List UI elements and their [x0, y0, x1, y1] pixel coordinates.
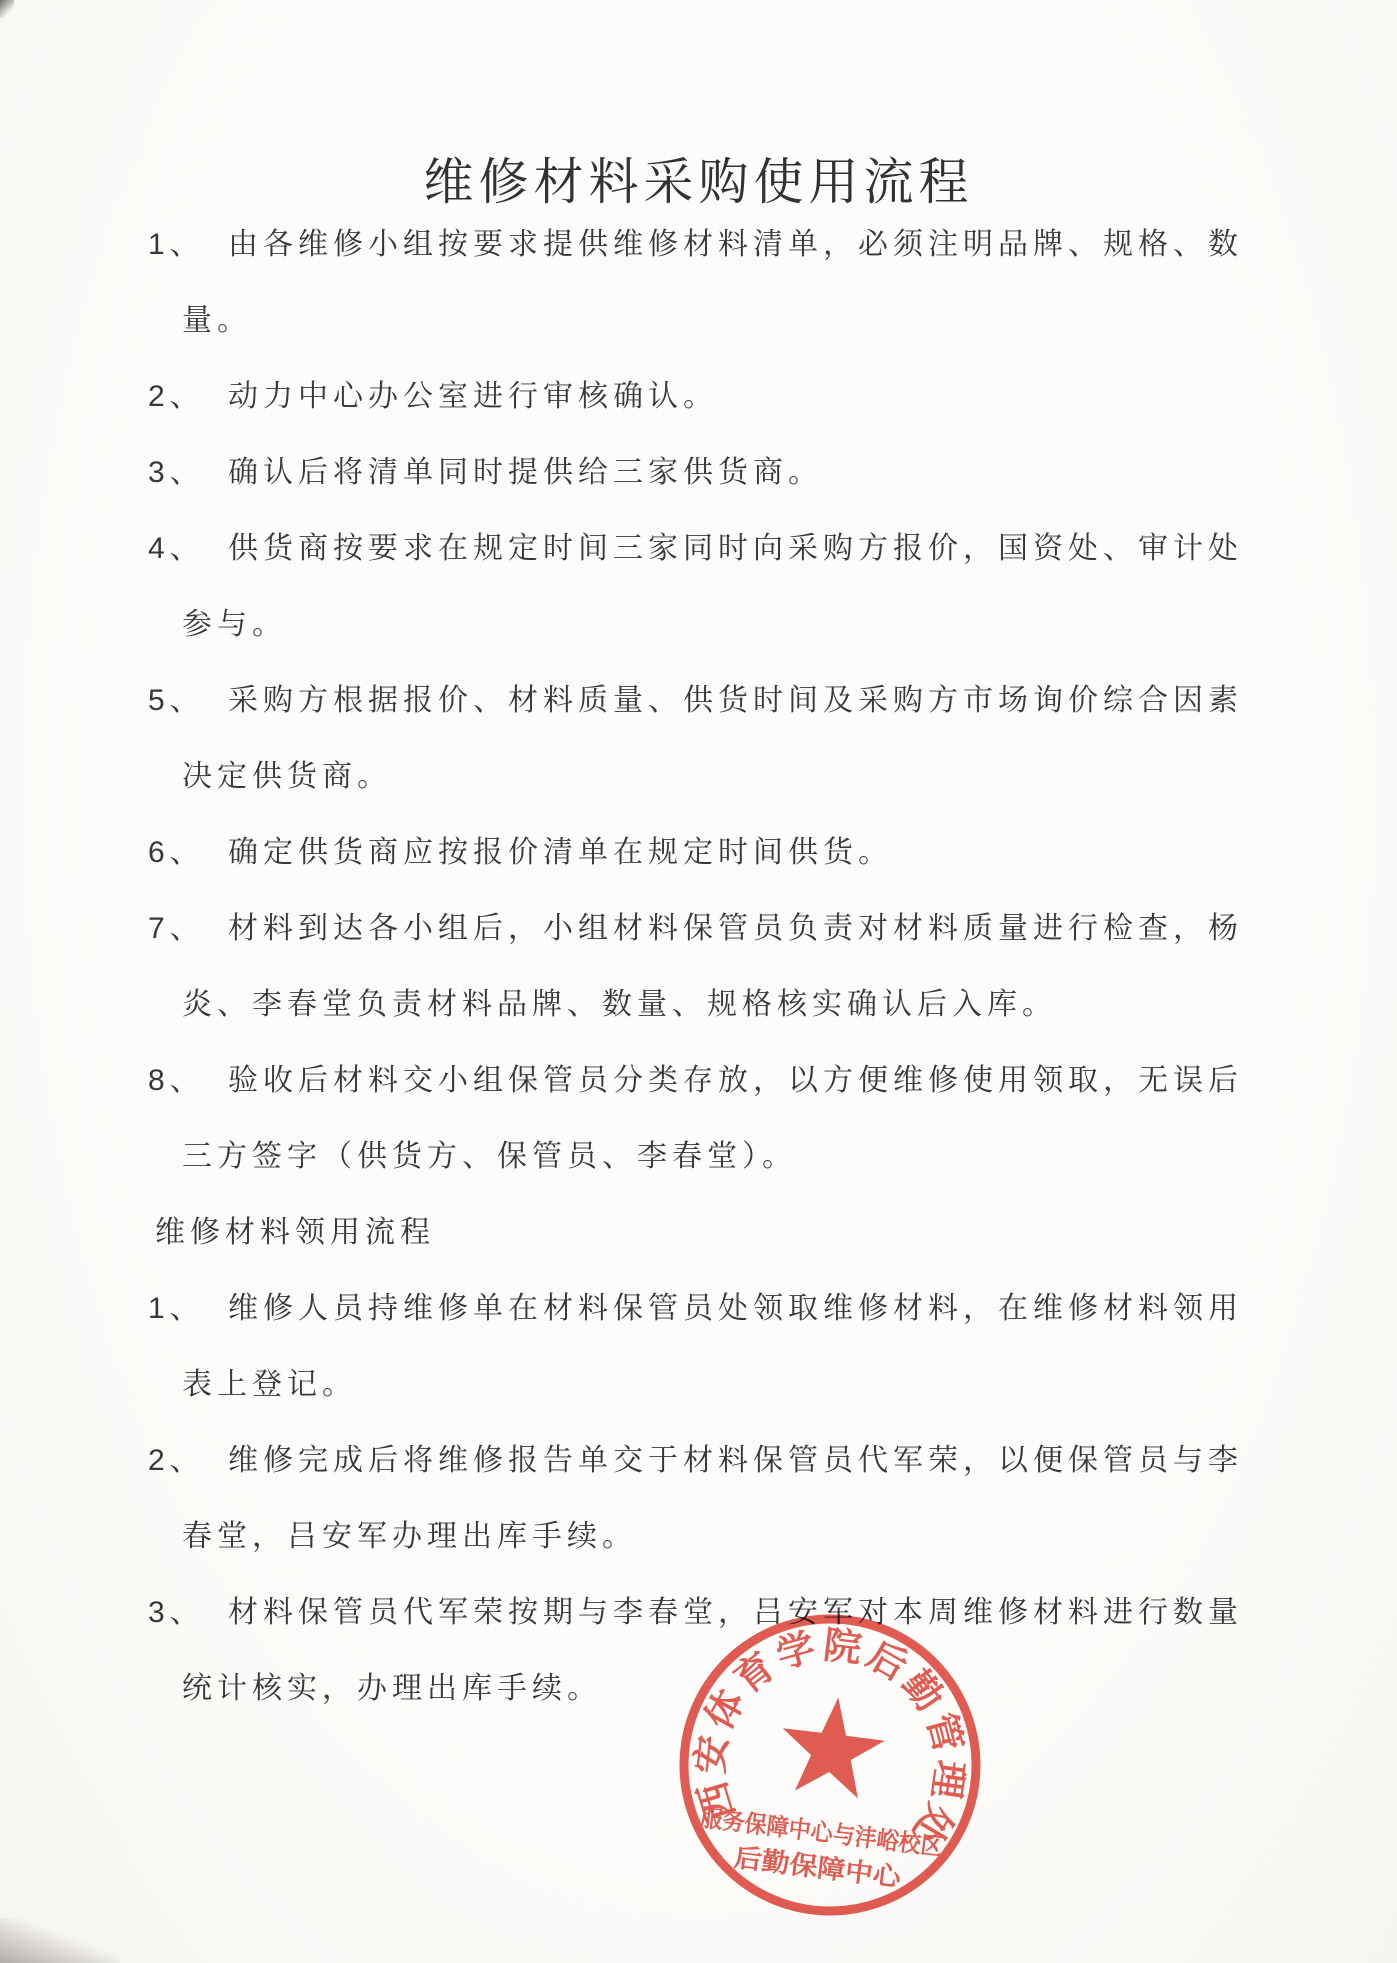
document-body: 1、 由各维修小组按要求提供维修材料清单，必须注明品牌、规格、数量。 2、 动力… [148, 207, 1253, 1727]
list-item: 8、 验收后材料交小组保管员分类存放，以方便维修使用领取，无误后三方签字（供货方… [148, 1043, 1253, 1195]
list-item: 1、 由各维修小组按要求提供维修材料清单，必须注明品牌、规格、数量。 [148, 207, 1253, 359]
item-text: 验收后材料交小组保管员分类存放，以方便维修使用领取，无误后三方签字（供货方、保管… [182, 1064, 1243, 1173]
item-number: 6、 [148, 815, 205, 891]
item-text: 确定供货商应按报价清单在规定时间供货。 [228, 836, 893, 869]
item-text: 材料到达各小组后，小组材料保管员负责对材料质量进行检查，杨炎、李春堂负责材料品牌… [182, 912, 1243, 1021]
item-text: 维修完成后将维修报告单交于材料保管员代军荣，以便保管员与李春堂，吕安军办理出库手… [182, 1444, 1243, 1553]
item-text: 供货商按要求在规定时间三家同时向采购方报价，国资处、审计处参与。 [182, 532, 1243, 641]
list-item: 6、 确定供货商应按报价清单在规定时间供货。 [148, 815, 1253, 891]
item-text: 确认后将清单同时提供给三家供货商。 [228, 456, 823, 489]
list-item: 3、 确认后将清单同时提供给三家供货商。 [148, 435, 1253, 511]
item-number: 2、 [148, 359, 205, 435]
item-number: 8、 [148, 1043, 205, 1119]
list-item: 4、 供货商按要求在规定时间三家同时向采购方报价，国资处、审计处参与。 [148, 511, 1253, 663]
item-text: 维修人员持维修单在材料保管员处领取维修材料，在维修材料领用表上登记。 [182, 1292, 1243, 1401]
item-text: 采购方根据报价、材料质量、供货时间及采购方市场询价综合因素决定供货商。 [182, 684, 1243, 793]
item-number: 3、 [148, 435, 205, 511]
star-icon [775, 1691, 889, 1800]
item-text: 动力中心办公室进行审核确认。 [228, 380, 718, 413]
list-item: 2、 动力中心办公室进行审核确认。 [148, 359, 1253, 435]
list-item: 5、 采购方根据报价、材料质量、供货时间及采购方市场询价综合因素决定供货商。 [148, 663, 1253, 815]
official-seal: 西安体育学院后勤管理处 服务保障中心与沣峪校区 后勤保障中心 [670, 1605, 990, 1925]
scan-artifact-top-left [0, 0, 14, 18]
item-text: 由各维修小组按要求提供维修材料清单，必须注明品牌、规格、数量。 [182, 228, 1243, 337]
item-number: 7、 [148, 891, 205, 967]
item-number: 2、 [148, 1423, 205, 1499]
scan-artifact-bottom-left [0, 1918, 120, 1963]
item-number: 1、 [148, 1271, 205, 1347]
item-number: 1、 [148, 207, 205, 283]
list-item: 1、 维修人员持维修单在材料保管员处领取维修材料，在维修材料领用表上登记。 [148, 1271, 1253, 1423]
item-number: 3、 [148, 1575, 205, 1651]
item-number: 4、 [148, 511, 205, 587]
item-number: 5、 [148, 663, 205, 739]
list-item: 7、 材料到达各小组后，小组材料保管员负责对材料质量进行检查，杨炎、李春堂负责材… [148, 891, 1253, 1043]
list-item: 2、 维修完成后将维修报告单交于材料保管员代军荣，以便保管员与李春堂，吕安军办理… [148, 1423, 1253, 1575]
section-heading: 维修材料领用流程 [155, 1195, 1253, 1271]
page-title: 维修材料采购使用流程 [0, 152, 1397, 212]
